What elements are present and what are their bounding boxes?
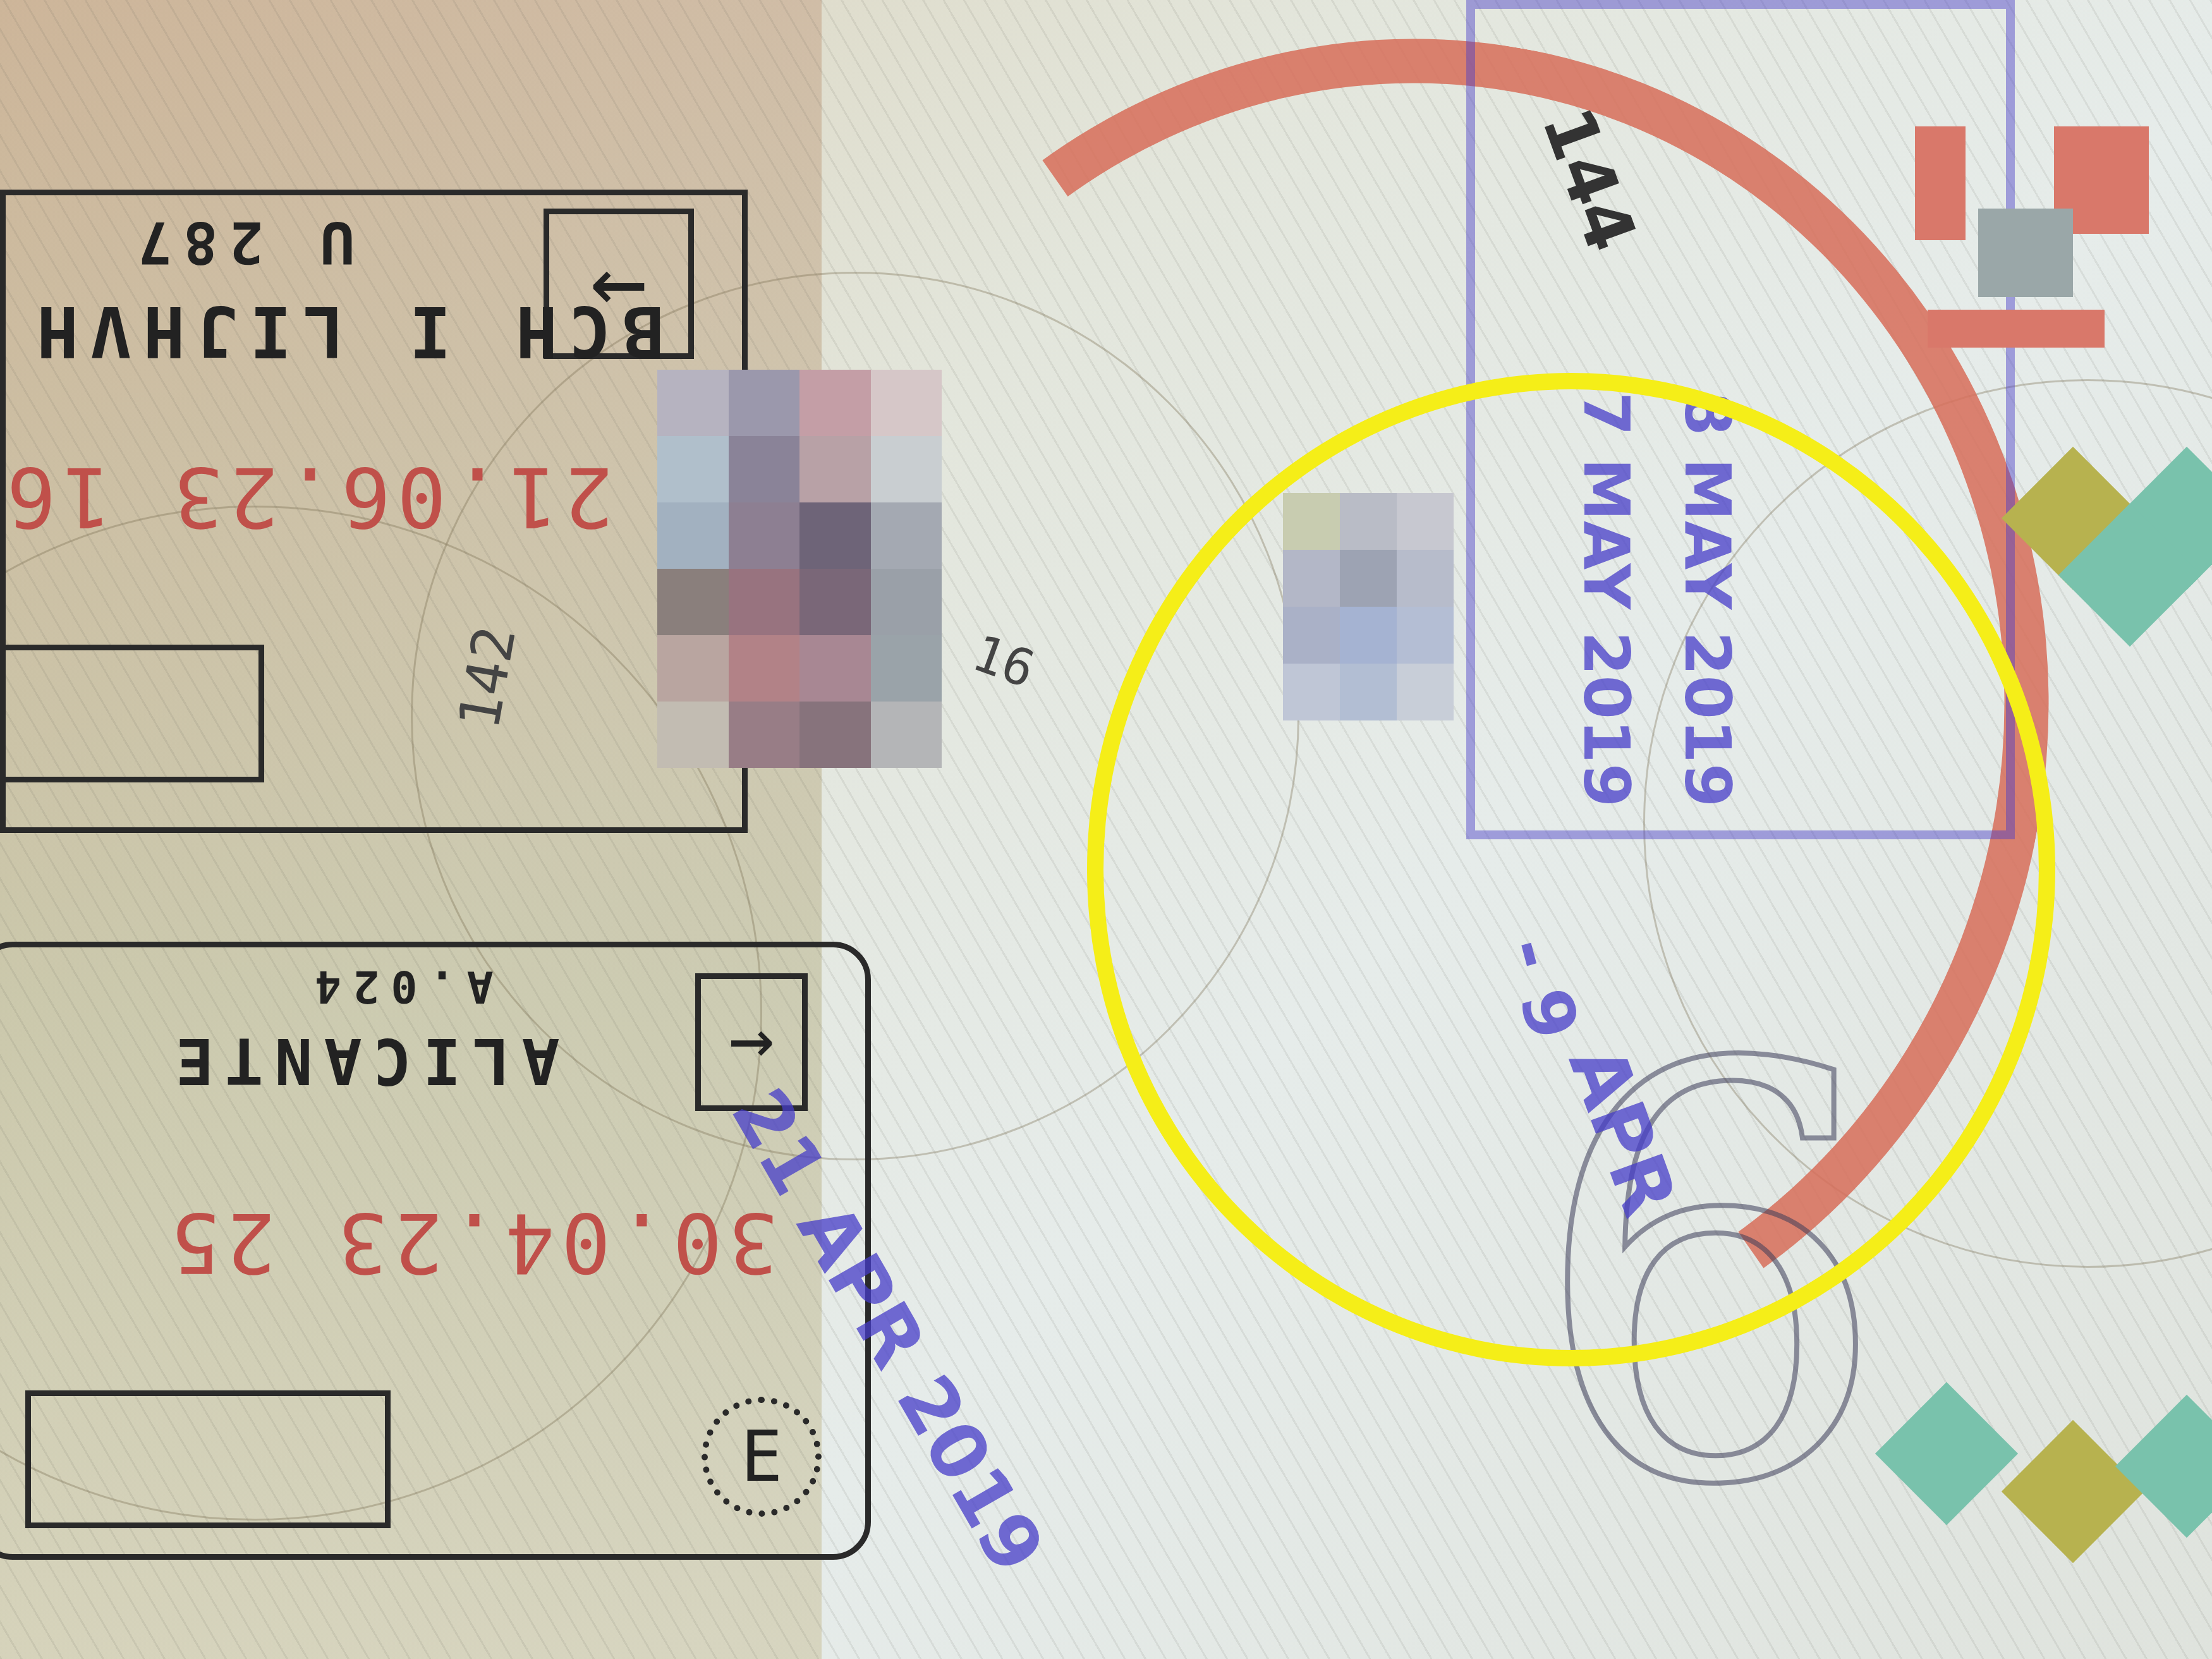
transport-icon xyxy=(0,645,264,782)
decorative-cross xyxy=(1978,209,2073,297)
stamp-code: A.024 xyxy=(303,961,494,1012)
stamp-date: 30.04.23 25 xyxy=(164,1194,778,1291)
pixelated-redaction xyxy=(657,370,942,768)
yellow-highlight-circle xyxy=(1087,373,2055,1366)
stamp-location: ALICANTE xyxy=(164,1024,560,1098)
airplane-icon xyxy=(25,1390,391,1528)
stamp-date: 21.06.23 16 xyxy=(0,449,614,545)
decorative-cross xyxy=(1915,126,1966,240)
eu-stars-icon: E xyxy=(702,1397,822,1517)
stamp-location: BCH I LIJHVH xyxy=(25,291,664,372)
decorative-cross xyxy=(1928,310,2105,348)
passport-page: ← U 287 BCH I LIJHVH 21.06.23 16 → A.024… xyxy=(0,0,2212,1659)
stamp-code: U 287 xyxy=(126,209,355,275)
